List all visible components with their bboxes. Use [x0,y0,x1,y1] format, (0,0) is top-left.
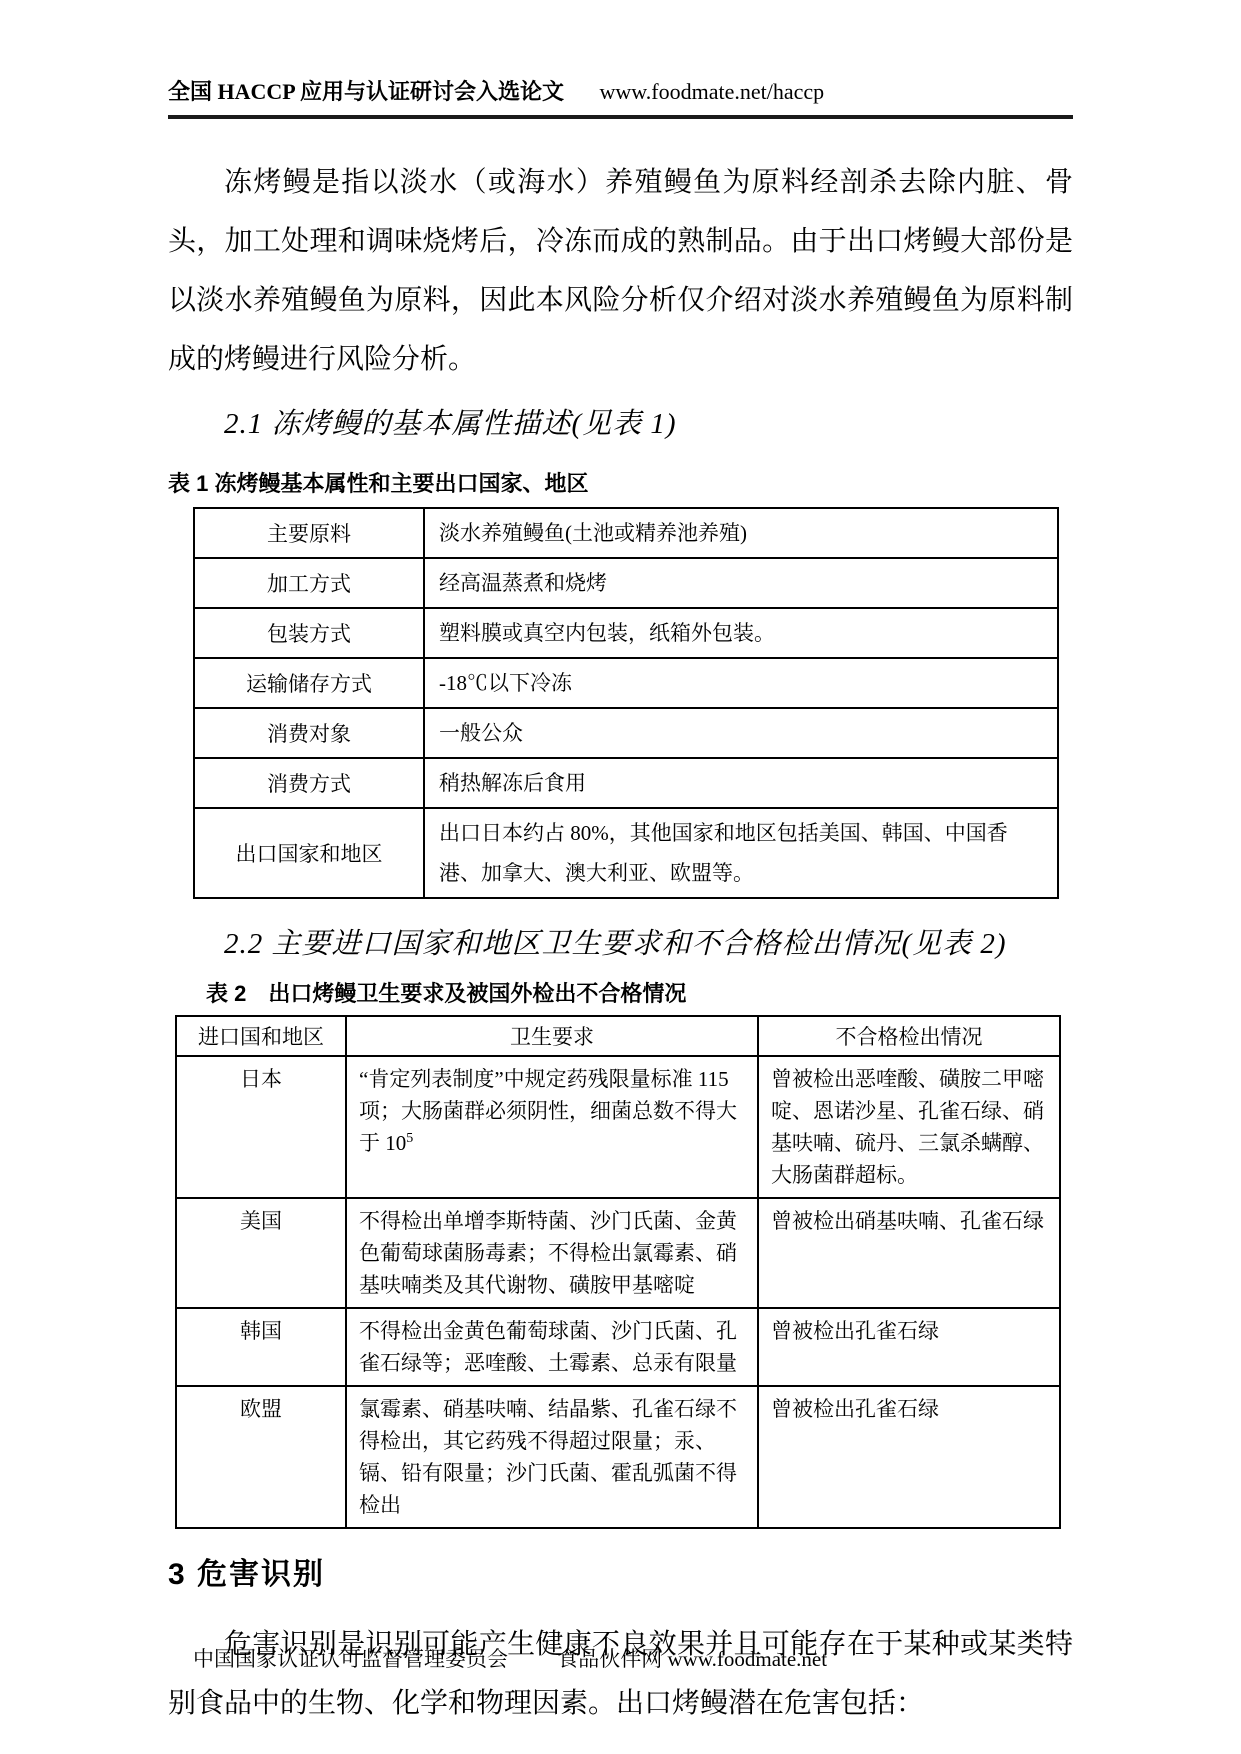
header-conference-title: 全国 HACCP 应用与认证研讨会入选论文 [168,79,564,104]
table2-row-usa: 美国 不得检出单增李斯特菌、沙门氏菌、金黄色葡萄球菌肠毒素；不得检出氯霉素、硝基… [176,1198,1060,1308]
table1-row-label: 出口国家和地区 [194,808,424,898]
table2-country: 韩国 [176,1308,346,1386]
table2-detected: 曾被检出硝基呋喃、孔雀石绿 [758,1198,1060,1308]
table2-requirement-superscript: 5 [406,1131,413,1146]
table2-detected: 曾被检出孔雀石绿 [758,1386,1060,1528]
table1-row: 出口国家和地区 出口日本约占 80%，其他国家和地区包括美国、韩国、中国香港、加… [194,808,1058,898]
table2-header-detected: 不合格检出情况 [758,1016,1060,1056]
table2-requirement-text: “肯定列表制度”中规定药残限量标准 115 项；大肠菌群必须阴性，细菌总数不得大… [359,1067,737,1155]
table2-requirement: “肯定列表制度”中规定药残限量标准 115 项；大肠菌群必须阴性，细菌总数不得大… [346,1056,758,1198]
section-2-1-heading: 2.1 冻烤鳗的基本属性描述(见表 1) [168,403,1073,445]
table1-row-label: 包装方式 [194,608,424,658]
table1-row-value: 经高温蒸煮和烧烤 [424,558,1058,608]
table1-row-value: 塑料膜或真空内包装，纸箱外包装。 [424,608,1058,658]
table1-row-label: 消费方式 [194,758,424,808]
table2-header-requirement: 卫生要求 [346,1016,758,1056]
table1-row-label: 主要原料 [194,508,424,558]
table1-row-value: 淡水养殖鳗鱼(土池或精养池养殖) [424,508,1058,558]
table2-country: 美国 [176,1198,346,1308]
footer-organization: 中国国家认证认可监督管理委员会 [193,1647,508,1671]
table1-row-label: 运输储存方式 [194,658,424,708]
table2-hygiene-requirements: 进口国和地区 卫生要求 不合格检出情况 日本 “肯定列表制度”中规定药残限量标准… [175,1015,1061,1529]
table1-row-label: 加工方式 [194,558,424,608]
page-header: 全国 HACCP 应用与认证研讨会入选论文 www.foodmate.net/h… [168,75,1073,119]
table2-country: 日本 [176,1056,346,1198]
table1-row-value: 一般公众 [424,708,1058,758]
table1-row: 主要原料 淡水养殖鳗鱼(土池或精养池养殖) [194,508,1058,558]
table1-row: 消费对象 一般公众 [194,708,1058,758]
document-page: 全国 HACCP 应用与认证研讨会入选论文 www.foodmate.net/h… [0,0,1241,1754]
table1-row: 加工方式 经高温蒸煮和烧烤 [194,558,1058,608]
section-3-heading: 3 危害识别 [168,1555,1073,1595]
table1-row-value: 出口日本约占 80%，其他国家和地区包括美国、韩国、中国香港、加拿大、澳大利亚、… [424,808,1058,898]
page-footer: 中国国家认证认可监督管理委员会 食品伙伴网 www.foodmate.net [193,1643,827,1673]
table2-requirement: 不得检出单增李斯特菌、沙门氏菌、金黄色葡萄球菌肠毒素；不得检出氯霉素、硝基呋喃类… [346,1198,758,1308]
section-2-2-heading: 2.2 主要进口国家和地区卫生要求和不合格检出情况(见表 2) [168,923,1073,965]
table2-row-eu: 欧盟 氯霉素、硝基呋喃、结晶紫、孔雀石绿不得检出，其它药残不得超过限量；汞、镉、… [176,1386,1060,1528]
table2-country: 欧盟 [176,1386,346,1528]
table2-detected: 曾被检出恶喹酸、磺胺二甲嘧啶、恩诺沙星、孔雀石绿、硝基呋喃、硫丹、三氯杀螨醇、大… [758,1056,1060,1198]
table2-header-row: 进口国和地区 卫生要求 不合格检出情况 [176,1016,1060,1056]
table1-row: 包装方式 塑料膜或真空内包装，纸箱外包装。 [194,608,1058,658]
table2-row-japan: 日本 “肯定列表制度”中规定药残限量标准 115 项；大肠菌群必须阴性，细菌总数… [176,1056,1060,1198]
table2-detected: 曾被检出孔雀石绿 [758,1308,1060,1386]
table1-basic-attributes: 主要原料 淡水养殖鳗鱼(土池或精养池养殖) 加工方式 经高温蒸煮和烧烤 包装方式… [193,507,1059,899]
table2-requirement: 氯霉素、硝基呋喃、结晶紫、孔雀石绿不得检出，其它药残不得超过限量；汞、镉、铅有限… [346,1386,758,1528]
table2-header-country: 进口国和地区 [176,1016,346,1056]
table1-caption: 表 1 冻烤鳗基本属性和主要出口国家、地区 [168,471,1073,497]
hazard-identification-paragraph: 危害识别是识别可能产生健康不良效果并且可能存在于某种或某类特别食品中的生物、化学… [168,1615,1073,1733]
table2-row-korea: 韩国 不得检出金黄色葡萄球菌、沙门氏菌、孔雀石绿等；恶喹酸、土霉素、总汞有限量 … [176,1308,1060,1386]
table1-row-value: -18℃以下冷冻 [424,658,1058,708]
header-url: www.foodmate.net/haccp [600,79,825,104]
table1-row-label: 消费对象 [194,708,424,758]
table2-caption: 表 2 出口烤鳗卫生要求及被国外检出不合格情况 [168,981,1073,1007]
intro-paragraph: 冻烤鳗是指以淡水（或海水）养殖鳗鱼为原料经剖杀去除内脏、骨头，加工处理和调味烧烤… [168,153,1073,389]
table1-row: 消费方式 稍热解冻后食用 [194,758,1058,808]
table1-row: 运输储存方式 -18℃以下冷冻 [194,658,1058,708]
footer-site: 食品伙伴网 www.foodmate.net [557,1647,827,1671]
table1-row-value: 稍热解冻后食用 [424,758,1058,808]
table2-requirement: 不得检出金黄色葡萄球菌、沙门氏菌、孔雀石绿等；恶喹酸、土霉素、总汞有限量 [346,1308,758,1386]
